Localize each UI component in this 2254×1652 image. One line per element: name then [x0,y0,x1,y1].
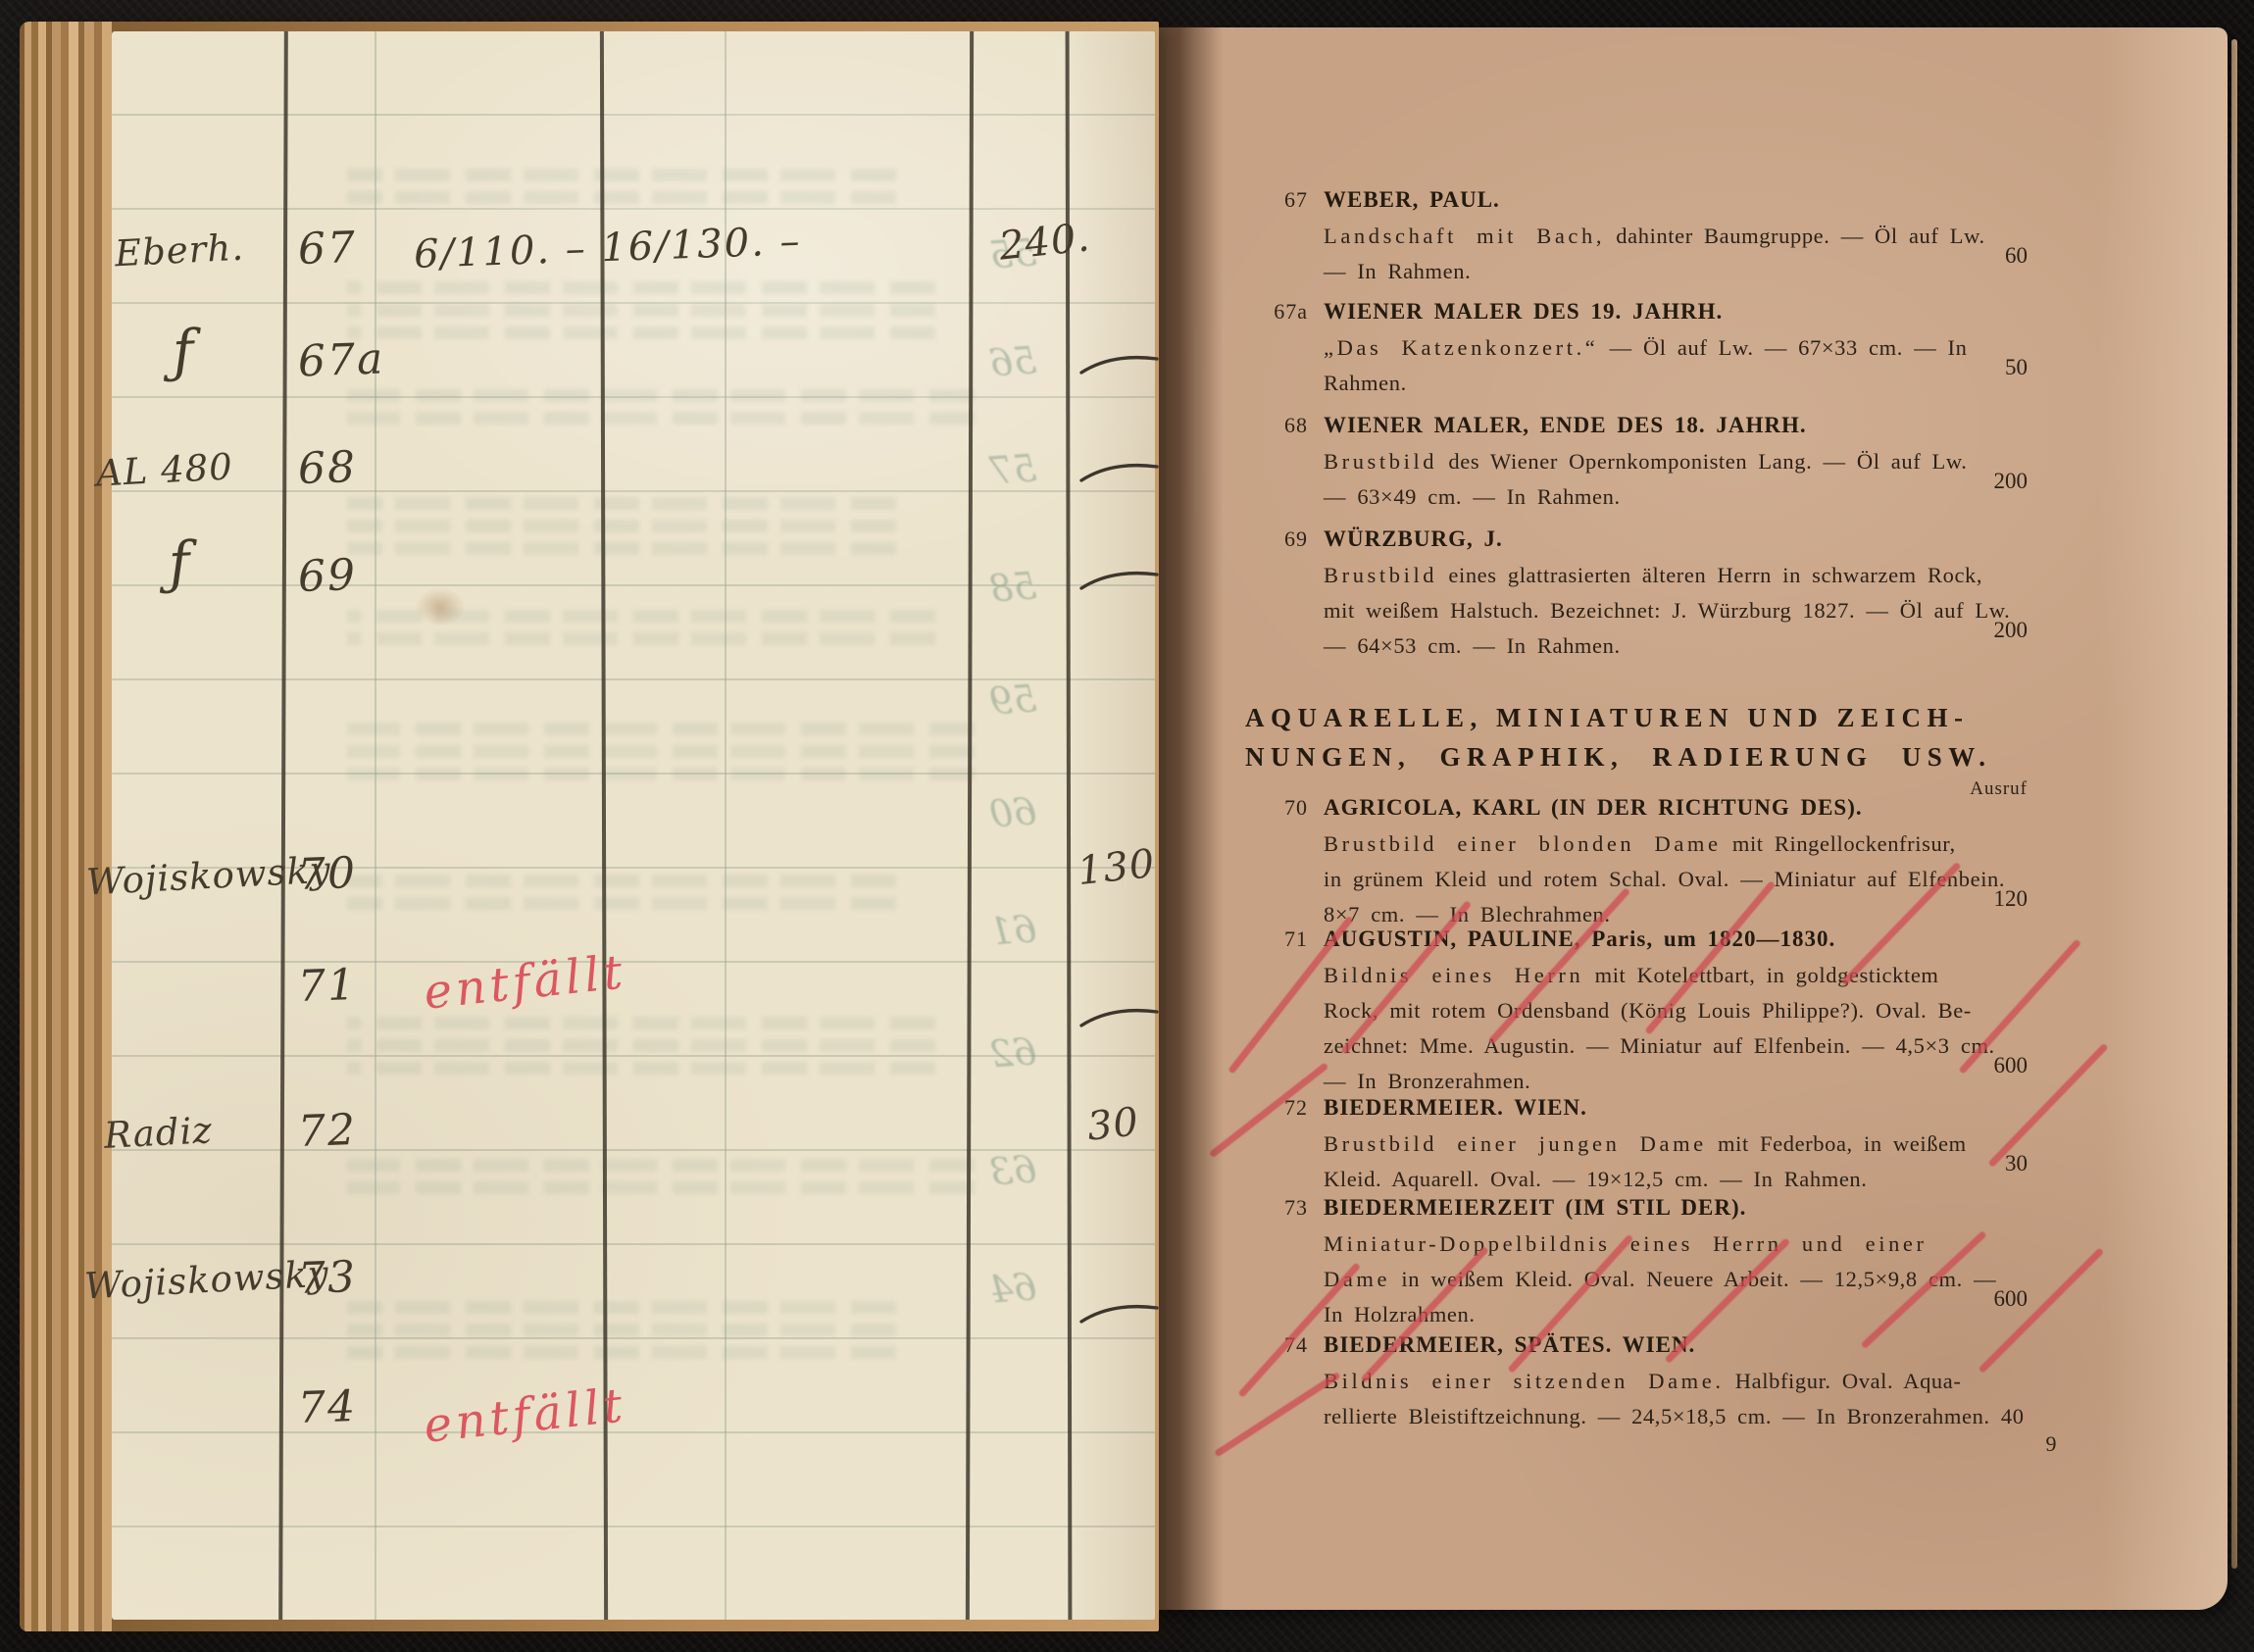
showthrough-lot-number: 58 [988,564,1038,610]
plain-text: eines glattrasierten älteren Herrn in sc… [1437,563,1982,587]
plain-text: Kleid. Aquarell. Oval. — 19×12,5 cm. — I… [1324,1167,1868,1191]
lot-description-line: Brustbild des Wiener Opernkomponisten La… [1324,444,2039,479]
emphasized-text: Brustbild [1324,563,1437,587]
handwritten-price: 130 [1076,841,1158,894]
plain-text: — In Rahmen. [1324,259,1471,283]
lot-description-line: Miniatur-Doppelbildnis eines Herrn und e… [1324,1226,2039,1262]
showthrough-paragraph [347,281,935,349]
page-number: 9 [2029,1431,2073,1457]
showthrough-paragraph [347,1301,896,1369]
lot-description-line: rellierte Bleistiftzeichnung. — 24,5×18,… [1324,1399,2039,1434]
lot-title: WÜRZBURG, J. [1324,522,2039,557]
showthrough-paragraph [347,875,896,920]
plain-text: dahinter Baumgruppe. — Öl auf Lw. [1605,224,1985,248]
handwritten-client-name: Radiz [103,1109,214,1157]
plain-text: mit Federboa, in weißem [1707,1131,1967,1156]
plain-text: In Holzrahmen. [1324,1302,1476,1327]
handwritten-price: 30 [1085,1099,1141,1149]
lot-description-line: — 63×49 cm. — In Rahmen. [1324,479,2039,515]
lot-title: BIEDERMEIER. WIEN. [1324,1090,2039,1126]
plain-text: mit Kotelettbart, in goldgesticktem [1583,963,1938,987]
red-strikethrough-mark [1214,1372,1341,1458]
plain-text: in weißem Kleid. Oval. Neuere Arbeit. — … [1390,1267,1996,1291]
ledger-column-rule [278,31,288,1620]
handwritten-lot-number: 72 [297,1105,358,1157]
handwritten-lot-number: 71 [297,960,358,1012]
handwritten-cancelled-note: entfällt [422,1377,629,1453]
handwritten-lot-number: 69 [297,550,358,602]
lot-estimate-price: 600 [1994,1048,2029,1083]
auction-catalog-photo: 55565758596061626364 Eberh.676/110. – 16… [0,0,2254,1652]
lot-description-line: — In Rahmen. [1324,254,2039,289]
lot-number: 68 [1247,408,1308,443]
ledger-faint-rule [725,31,726,1620]
lot-title: BIEDERMEIERZEIT (IM STIL DER). [1324,1190,2039,1226]
showthrough-paragraph [347,169,896,214]
ledger-grid: 55565758596061626364 Eberh.676/110. – 16… [112,31,1155,1620]
lot-description-line: Landschaft mit Bach, dahinter Baumgruppe… [1324,219,2039,254]
lot-estimate-price: 200 [1994,464,2029,499]
showthrough-paragraph [347,723,975,790]
emphasized-text: Landschaft mit Bach, [1324,224,1605,248]
lot-number: 71 [1247,922,1308,957]
handwritten-lot-number: 70 [297,848,358,900]
showthrough-lot-number: 64 [988,1265,1038,1311]
plain-text: Rock, mit rotem Ordensband (König Louis … [1324,998,1972,1023]
tick-mark-icon [1078,1002,1161,1036]
lot-description-line: Brustbild einer jungen Dame mit Federboa… [1324,1126,2039,1162]
lot-number: 73 [1247,1190,1308,1226]
handwritten-lot-number: 73 [297,1252,358,1304]
red-strikethrough-mark [1209,1062,1329,1158]
plain-text: in grünem Kleid und rotem Schal. Oval. —… [1324,867,2005,891]
showthrough-paragraph [347,497,896,565]
lot-number: 67 [1247,182,1308,218]
lot-title: WEBER, PAUL. [1324,182,2039,218]
lot-description-line: Brustbild einer blonden Dame mit Ringell… [1324,826,2039,862]
page-stack-edge [2231,39,2237,1569]
tick-mark-icon [1078,349,1161,383]
lot-title: WIENER MALER, ENDE DES 18. JAHRH. [1324,408,2039,443]
emphasized-text: Brustbild einer blonden Dame [1324,831,1722,856]
lot-estimate-price: 600 [1994,1281,2029,1317]
handwritten-client-name: Wojiskowsky [85,848,332,903]
lot-title: WIENER MALER DES 19. JAHRH. [1324,294,2039,329]
emphasized-text: Brustbild [1324,449,1437,474]
plain-text: des Wiener Opernkomponisten Lang. — Öl a… [1437,449,1967,474]
ledger-column-rule [1066,31,1073,1620]
lot-number: 70 [1247,790,1308,826]
handwritten-client-name: ƒ [171,317,196,384]
lot-description-line: mit weißem Halstuch. Bezeichnet: J. Würz… [1324,593,2039,628]
plain-text: — Öl auf Lw. — 67×33 cm. — In [1598,335,1967,360]
emphasized-text: Bildnis einer sitzenden Dame. [1324,1369,1725,1393]
handwritten-client-name: Eberh. [114,226,245,275]
tick-mark-icon [1078,565,1161,599]
showthrough-lot-number: 63 [988,1147,1038,1193]
lot-title: AGRICOLA, KARL (IN DER RICHTUNG DES). [1324,790,2039,826]
showthrough-lot-number: 59 [988,676,1038,723]
lot-estimate-price: 120 [1994,881,2029,917]
catalog-page: AQUARELLE, MINIATUREN UND ZEICH- NUNGEN,… [1127,27,2228,1610]
lot-description-line: Rahmen. [1324,366,2039,401]
ledger-page: 55565758596061626364 Eberh.676/110. – 16… [20,22,1159,1631]
plain-text: mit Ringellockenfrisur, [1722,831,1956,856]
plain-text: Halbfigur. Oval. Aqua- [1725,1369,1962,1393]
lot-estimate-price: 50 [2005,350,2028,385]
handwritten-client-name: ƒ [167,528,192,596]
showthrough-paragraph [347,389,975,434]
emphasized-text: Brustbild einer jungen Dame [1324,1131,1707,1156]
showthrough-paragraph [347,1159,975,1204]
plain-text: mit weißem Halstuch. Bezeichnet: J. Würz… [1324,598,2010,623]
handwritten-client-name: Wojiskowsky [83,1252,330,1307]
emphasized-text: „Das Katzenkonzert.“ [1324,335,1598,360]
plain-text: Rahmen. [1324,371,1407,395]
plain-text: — 64×53 cm. — In Rahmen. [1324,633,1621,658]
lot-estimate-price: 200 [1994,613,2029,648]
showthrough-lot-number: 60 [988,789,1038,835]
showthrough-lot-number: 61 [988,907,1038,953]
showthrough-paragraph [347,1017,935,1084]
lot-description-line: Brustbild eines glattrasierten älteren H… [1324,558,2039,593]
section-heading-line2: NUNGEN, GRAPHIK, RADIERUNG USW. [1245,737,2029,776]
plain-text: — 63×49 cm. — In Rahmen. [1324,484,1621,509]
tick-mark-icon [1078,457,1161,491]
plain-text: zeichnet: Mme. Augustin. — Miniatur auf … [1324,1033,1995,1058]
lot-description-line: zeichnet: Mme. Augustin. — Miniatur auf … [1324,1028,2039,1064]
lot-description-line: Rock, mit rotem Ordensband (König Louis … [1324,993,2039,1028]
plain-text: rellierte Bleistiftzeichnung. — 24,5×18,… [1324,1404,2025,1428]
handwritten-lot-number: 67 [297,223,358,275]
handwritten-bid-note: 6/110. – 16/130. – [413,219,802,277]
ledger-column-rule [966,31,974,1620]
page-edges-stack [20,22,112,1631]
lot-description-line: „Das Katzenkonzert.“ — Öl auf Lw. — 67×3… [1324,330,2039,366]
handwritten-cancelled-note: entfällt [422,944,629,1020]
lot-estimate-price: 60 [2005,238,2028,274]
lot-description-line: Bildnis einer sitzenden Dame. Halbfigur.… [1324,1364,2039,1399]
handwritten-lot-number: 74 [297,1381,358,1433]
handwritten-client-name: AL 480 [95,445,234,494]
handwritten-lot-number: 67a [297,333,385,386]
handwritten-lot-number: 68 [297,442,358,494]
lot-number: 69 [1247,522,1308,557]
lot-description-line: — 64×53 cm. — In Rahmen. [1324,628,2039,664]
showthrough-lot-number: 57 [988,446,1038,492]
tick-mark-icon [1078,1298,1161,1332]
showthrough-lot-number: 56 [988,338,1038,384]
showthrough-lot-number: 62 [988,1029,1038,1076]
ink-smudge [406,580,475,633]
ledger-faint-rule [375,31,376,1620]
section-heading-line1: AQUARELLE, MINIATUREN UND ZEICH- [1245,698,2029,737]
handwritten-price: 240. [997,215,1092,269]
lot-number: 67a [1247,294,1308,329]
